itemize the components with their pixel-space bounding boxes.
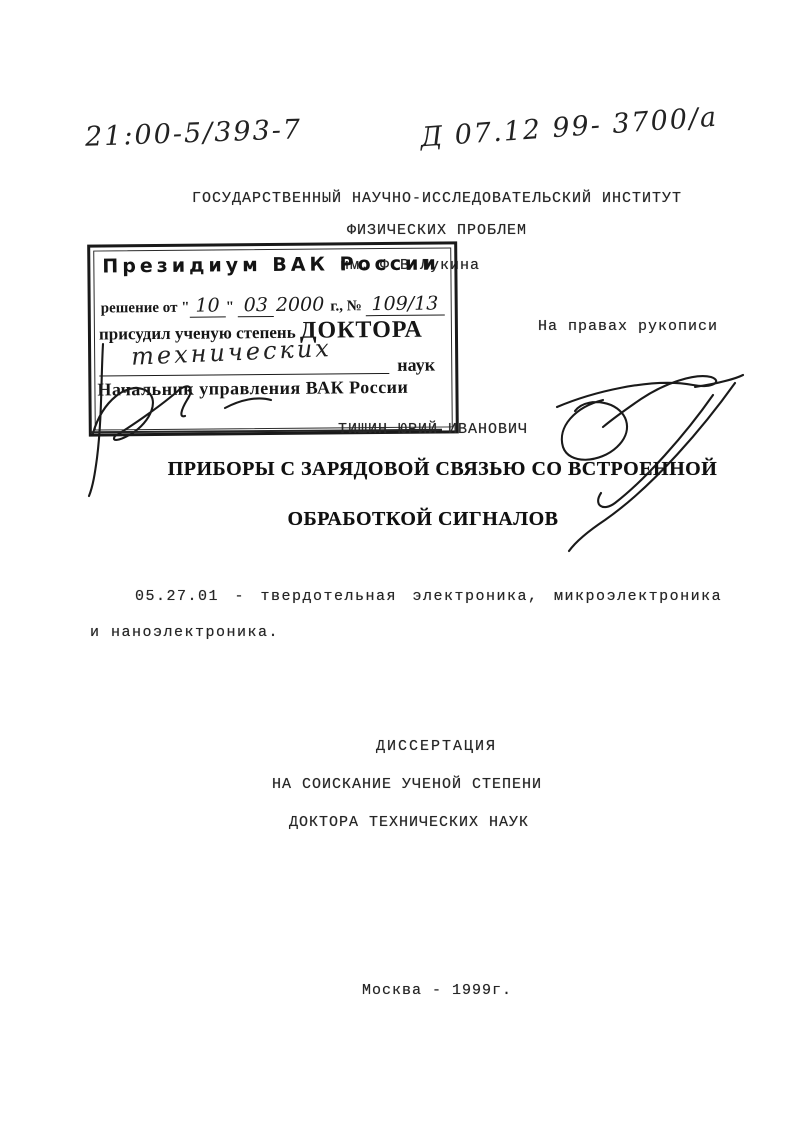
handwritten-registration-number: Д 07.12 99- 3700/а bbox=[419, 102, 719, 154]
dissertation-title-line2: ОБРАБОТКОЙ СИГНАЛОВ bbox=[0, 508, 793, 531]
scanned-title-page: 21:00-5/393-7 Д 07.12 99- 3700/а ГОСУДАР… bbox=[0, 0, 793, 1122]
handwritten-call-number: 21:00-5/393-7 bbox=[85, 114, 303, 153]
stamp-decision-prefix: решение от " bbox=[101, 300, 190, 317]
stamp-decision-mid: г., № bbox=[330, 298, 362, 314]
thesis-type-line2: НА СОИСКАНИЕ УЧЕНОЙ СТЕПЕНИ bbox=[272, 776, 542, 793]
stamp-decision-day-handwritten: 10 bbox=[189, 294, 225, 317]
specialty-line1: 05.27.01 - твердотельная электроника, ми… bbox=[135, 588, 722, 605]
dissertation-title-line1: ПРИБОРЫ С ЗАРЯДОВОЙ СВЯЗЬЮ СО ВСТРОЕННОЙ bbox=[0, 458, 793, 481]
stamp-decision-number-handwritten: 109/13 bbox=[365, 293, 444, 317]
stamp-presidium-line: Президиум ВАК России bbox=[102, 253, 440, 278]
stamp-degree-suffix: наук bbox=[397, 355, 435, 376]
manuscript-rights-note: На правах рукописи bbox=[538, 318, 718, 335]
stamp-decision-month-handwritten: 03 bbox=[238, 294, 274, 317]
thesis-type-line3: ДОКТОРА ТЕХНИЧЕСКИХ НАУК bbox=[289, 814, 529, 831]
specialty-line2: и наноэлектроника. bbox=[90, 624, 279, 641]
institute-name-line2: ФИЗИЧЕСКИХ ПРОБЛЕМ bbox=[0, 222, 793, 239]
thesis-type-line1: ДИССЕРТАЦИЯ bbox=[376, 738, 497, 755]
stamp-decision-quote: " bbox=[226, 299, 234, 315]
stamp-decision-year-handwritten: 2000 bbox=[274, 293, 331, 315]
place-and-year: Москва - 1999г. bbox=[362, 982, 512, 999]
institute-name-line1: ГОСУДАРСТВЕННЫЙ НАУЧНО-ИССЛЕДОВАТЕЛЬСКИЙ… bbox=[0, 190, 793, 207]
stamp-decision-line: решение от "10" 032000г., № 109/13 bbox=[101, 293, 445, 318]
